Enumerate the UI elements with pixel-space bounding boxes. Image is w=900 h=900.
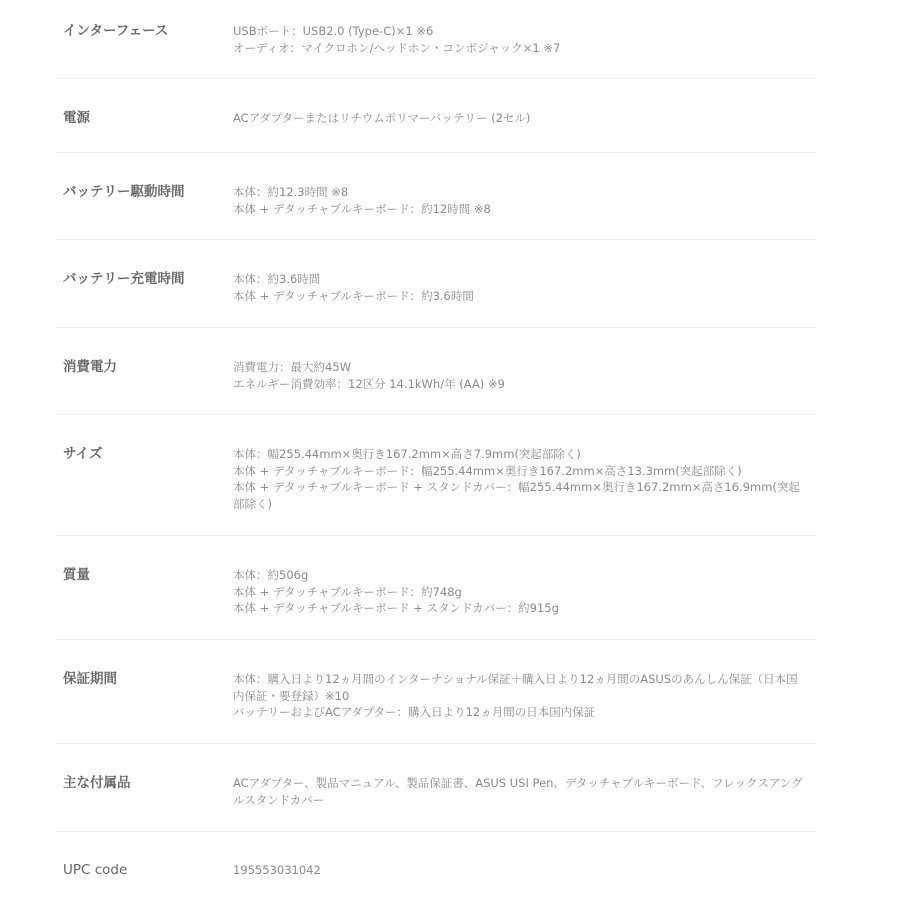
spec-label: 消費電力 (56, 359, 233, 414)
spec-values: USBポート：USB2.0 (Type-C)×1 ※6 オーディオ：マイクロホン… (233, 23, 816, 78)
spec-value: 本体：約12.3時間 ※8 (233, 184, 804, 201)
spec-value: 本体 + デタッチャブルキーボード + スタンドカバー：幅255.44mm×奥行… (233, 479, 804, 512)
spec-label: 保証期間 (56, 671, 233, 743)
spec-value: ACアダプター、製品マニュアル、製品保証書、ASUS USI Pen、デタッチャ… (233, 775, 804, 808)
spec-value: 本体：幅255.44mm×奥行き167.2mm×高さ7.9mm(突起部除く) (233, 446, 804, 463)
spec-value: ACアダプターまたはリチウムポリマーバッテリー (2セル) (233, 110, 804, 127)
spec-value: 本体 + デタッチャブルキーボード：約748g (233, 584, 804, 601)
spec-label: 電源 (56, 110, 233, 152)
spec-value: オーディオ：マイクロホン/ヘッドホン・コンボジャック×1 ※7 (233, 40, 804, 57)
spec-row-power-source: 電源 ACアダプターまたはリチウムポリマーバッテリー (2セル) (56, 79, 816, 153)
spec-table: インターフェース USBポート：USB2.0 (Type-C)×1 ※6 オーデ… (56, 0, 816, 900)
spec-values: 本体：幅255.44mm×奥行き167.2mm×高さ7.9mm(突起部除く) 本… (233, 446, 816, 535)
spec-value: 本体 + デタッチャブルキーボード：約12時間 ※8 (233, 201, 804, 218)
spec-values: 195553031042 (233, 862, 816, 900)
spec-row-weight: 質量 本体：約506g 本体 + デタッチャブルキーボード：約748g 本体 +… (56, 536, 816, 640)
spec-value: 本体 + デタッチャブルキーボード：約3.6時間 (233, 288, 804, 305)
spec-value: 195553031042 (233, 862, 804, 879)
spec-row-upc-code: UPC code 195553031042 (56, 832, 816, 900)
spec-label: UPC code (56, 862, 233, 900)
spec-value: 本体 + デタッチャブルキーボード + スタンドカバー：約915g (233, 600, 804, 617)
spec-value: 本体：購入日より12ヵ月間のインターナショナル保証＋購入日より12ヵ月間のASU… (233, 671, 804, 704)
spec-values: 本体：購入日より12ヵ月間のインターナショナル保証＋購入日より12ヵ月間のASU… (233, 671, 816, 743)
spec-row-warranty: 保証期間 本体：購入日より12ヵ月間のインターナショナル保証＋購入日より12ヵ月… (56, 640, 816, 744)
spec-values: 本体：約3.6時間 本体 + デタッチャブルキーボード：約3.6時間 (233, 271, 816, 327)
spec-row-size: サイズ 本体：幅255.44mm×奥行き167.2mm×高さ7.9mm(突起部除… (56, 415, 816, 536)
spec-row-charge-time: バッテリー充電時間 本体：約3.6時間 本体 + デタッチャブルキーボード：約3… (56, 240, 816, 328)
spec-label: インターフェース (56, 23, 233, 78)
spec-value: エネルギー消費効率：12区分 14.1kWh/年 (AA) ※9 (233, 376, 804, 393)
spec-row-interface: インターフェース USBポート：USB2.0 (Type-C)×1 ※6 オーデ… (56, 0, 816, 79)
spec-label: 主な付属品 (56, 775, 233, 831)
spec-values: 消費電力：最大約45W エネルギー消費効率：12区分 14.1kWh/年 (AA… (233, 359, 816, 414)
spec-label: バッテリー駆動時間 (56, 184, 233, 239)
spec-row-battery-life: バッテリー駆動時間 本体：約12.3時間 ※8 本体 + デタッチャブルキーボー… (56, 153, 816, 240)
spec-value: 消費電力：最大約45W (233, 359, 804, 376)
spec-values: 本体：約506g 本体 + デタッチャブルキーボード：約748g 本体 + デタ… (233, 567, 816, 639)
spec-value: バッテリーおよびACアダプター：購入日より12ヵ月間の日本国内保証 (233, 704, 804, 721)
spec-values: ACアダプターまたはリチウムポリマーバッテリー (2セル) (233, 110, 816, 152)
spec-label: 質量 (56, 567, 233, 639)
spec-values: ACアダプター、製品マニュアル、製品保証書、ASUS USI Pen、デタッチャ… (233, 775, 816, 831)
spec-values: 本体：約12.3時間 ※8 本体 + デタッチャブルキーボード：約12時間 ※8 (233, 184, 816, 239)
spec-value: 本体：約506g (233, 567, 804, 584)
spec-row-accessories: 主な付属品 ACアダプター、製品マニュアル、製品保証書、ASUS USI Pen… (56, 744, 816, 832)
spec-label: サイズ (56, 446, 233, 535)
spec-value: USBポート：USB2.0 (Type-C)×1 ※6 (233, 23, 804, 40)
spec-value: 本体 + デタッチャブルキーボード：幅255.44mm×奥行き167.2mm×高… (233, 463, 804, 480)
spec-label: バッテリー充電時間 (56, 271, 233, 327)
spec-row-power-consumption: 消費電力 消費電力：最大約45W エネルギー消費効率：12区分 14.1kWh/… (56, 328, 816, 415)
spec-value: 本体：約3.6時間 (233, 271, 804, 288)
